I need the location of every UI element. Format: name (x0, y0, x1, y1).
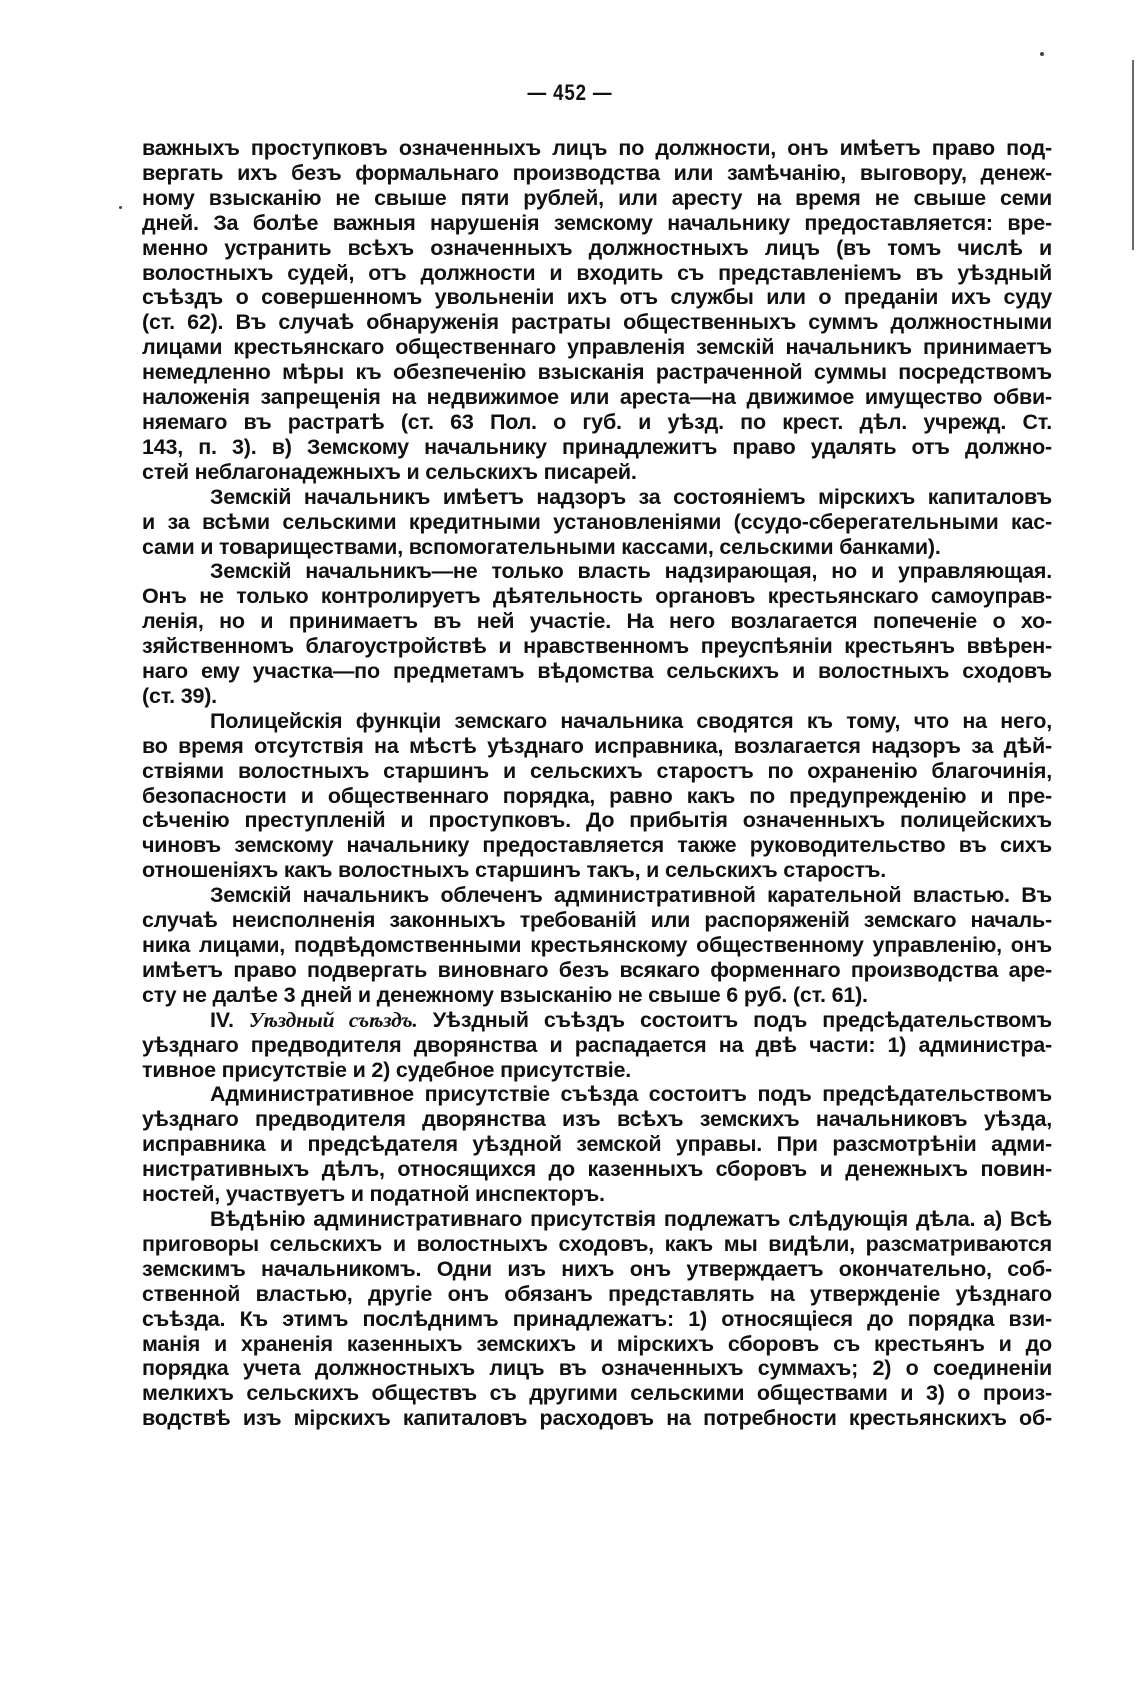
scan-speck (119, 206, 122, 209)
text-line: Земскій начальникъ имѣетъ надзоръ за сос… (142, 485, 1052, 510)
text-line: Вѣдѣнію административнаго присутствія по… (142, 1207, 1052, 1232)
text-line: Земскій начальникъ облеченъ администрати… (142, 883, 1052, 908)
text-line: имѣетъ право подвергать виновнаго безъ в… (142, 958, 1052, 983)
text-line: тивное присутствіе и 2) судебное присутс… (142, 1058, 1052, 1083)
text-line: сами и товариществами, вспомогательными … (142, 535, 1052, 560)
text-line: ностей, участвуетъ и податной инспекторъ… (142, 1182, 1052, 1207)
text-line: няемаго въ растратѣ (ст. 63 Пол. о губ. … (142, 410, 1052, 435)
page-number: — 452 — (86, 80, 1055, 106)
section-title: Уѣздный съѣздъ. (249, 1008, 418, 1032)
text-line: уѣзднаго предводителя дворянства и распа… (142, 1033, 1052, 1058)
body-text: важныхъ проступковъ означенныхъ лицъ по … (142, 136, 1052, 1431)
section-paragraph: IV. Уѣздный съѣздъ. Уѣздный съѣздъ состо… (142, 1008, 1052, 1083)
text-line: лицами крестьянскаго общественнаго управ… (142, 335, 1052, 360)
text-line: Административное присутствіе съѣзда сост… (142, 1082, 1052, 1107)
text-line: случаѣ неисполненія законныхъ требованій… (142, 908, 1052, 933)
text-line: немедленно мѣры къ обезпеченію взысканія… (142, 360, 1052, 385)
text-line: во время отсутствія на мѣстѣ уѣзднаго ис… (142, 734, 1052, 759)
paragraph: важныхъ проступковъ означенныхъ лицъ по … (142, 136, 1052, 485)
text-line: манія и храненія казенныхъ земскихъ и мі… (142, 1332, 1052, 1357)
text-line: съѣзда. Къ этимъ послѣднимъ принадлежатъ… (142, 1307, 1052, 1332)
text-line: Онъ не только контролируетъ дѣятельность… (142, 584, 1052, 609)
text-line: отношеніяхъ какъ волостныхъ старшинъ так… (142, 858, 1052, 883)
text-line: земскимъ начальникомъ. Одни изъ нихъ онъ… (142, 1257, 1052, 1282)
text-line: важныхъ проступковъ означенныхъ лицъ по … (142, 136, 1052, 161)
text-line: ственной властью, другіе онъ обязанъ пре… (142, 1282, 1052, 1307)
text-line: безопасности и общественнаго порядка, ра… (142, 784, 1052, 809)
text-line: порядка учета должностныхъ лицъ въ означ… (142, 1356, 1052, 1381)
text-line: съѣздъ о совершенномъ увольненіи ихъ отъ… (142, 285, 1052, 310)
text-line: (ст. 62). Въ случаѣ обнаруженія растраты… (142, 310, 1052, 335)
text-line: сту не далѣе 3 дней и денежному взыскані… (142, 983, 1052, 1008)
text-line: зяйственномъ благоустройствѣ и нравствен… (142, 634, 1052, 659)
section-marker: IV. (210, 1008, 234, 1032)
text-fragment: Уѣздный съѣздъ состоитъ подъ предсѣдател… (433, 1008, 1052, 1032)
text-line: ному взысканію не свыше пяти рублей, или… (142, 186, 1052, 211)
text-line: волостныхъ судей, отъ должности и входит… (142, 261, 1052, 286)
text-line: (ст. 39). (142, 684, 1052, 709)
text-line: и за всѣми сельскими кредитными установл… (142, 510, 1052, 535)
text-line: исправника и предсѣдателя уѣздной земско… (142, 1132, 1052, 1157)
text-line: ленія, но и принимаетъ въ ней участіе. Н… (142, 609, 1052, 634)
text-line: менно устранить всѣхъ означенныхъ должно… (142, 236, 1052, 261)
scanned-page: — 452 — важныхъ проступковъ означенныхъ … (0, 0, 1140, 1693)
text-line: уѣзднаго предводителя дворянства изъ всѣ… (142, 1107, 1052, 1132)
paragraph: Вѣдѣнію административнаго присутствія по… (142, 1207, 1052, 1431)
paragraph: Полицейскія функціи земскаго начальника … (142, 709, 1052, 883)
text-line: стей неблагонадежныхъ и сельскихъ писаре… (142, 460, 1052, 485)
section-heading-line: IV. Уѣздный съѣздъ. Уѣздный съѣздъ состо… (142, 1008, 1052, 1033)
text-line: наго ему участка—по предметамъ вѣдомства… (142, 659, 1052, 684)
text-line: 143, п. 3). в) Земскому начальнику прина… (142, 435, 1052, 460)
text-line: приговоры сельскихъ и волостныхъ сходовъ… (142, 1232, 1052, 1257)
paragraph: Земскій начальникъ—не только власть надз… (142, 559, 1052, 708)
text-line: Земскій начальникъ—не только власть надз… (142, 559, 1052, 584)
text-line: водствѣ изъ мірскихъ капиталовъ расходов… (142, 1406, 1052, 1431)
text-line: Полицейскія функціи земскаго начальника … (142, 709, 1052, 734)
text-line: нистративныхъ дѣлъ, относящихся до казен… (142, 1157, 1052, 1182)
paragraph: Административное присутствіе съѣзда сост… (142, 1082, 1052, 1207)
text-line: сѣченію преступленій и проступковъ. До п… (142, 808, 1052, 833)
text-line: ствіями волостныхъ старшинъ и сельскихъ … (142, 759, 1052, 784)
paragraph: Земскій начальникъ облеченъ администрати… (142, 883, 1052, 1008)
text-line: вергать ихъ безъ формальнаго производств… (142, 161, 1052, 186)
paragraph: Земскій начальникъ имѣетъ надзоръ за сос… (142, 485, 1052, 560)
text-line: чиновъ земскому начальнику предоставляет… (142, 833, 1052, 858)
scan-edge-mark (1132, 60, 1134, 250)
scan-speck (1040, 52, 1044, 56)
text-line: ника лицами, подвѣдомственными крестьянс… (142, 933, 1052, 958)
text-line: наложенія запрещенія на недвижимое или а… (142, 385, 1052, 410)
text-line: дней. За болѣе важныя нарушенія земскому… (142, 211, 1052, 236)
text-line: мелкихъ сельскихъ обществъ съ другими се… (142, 1381, 1052, 1406)
